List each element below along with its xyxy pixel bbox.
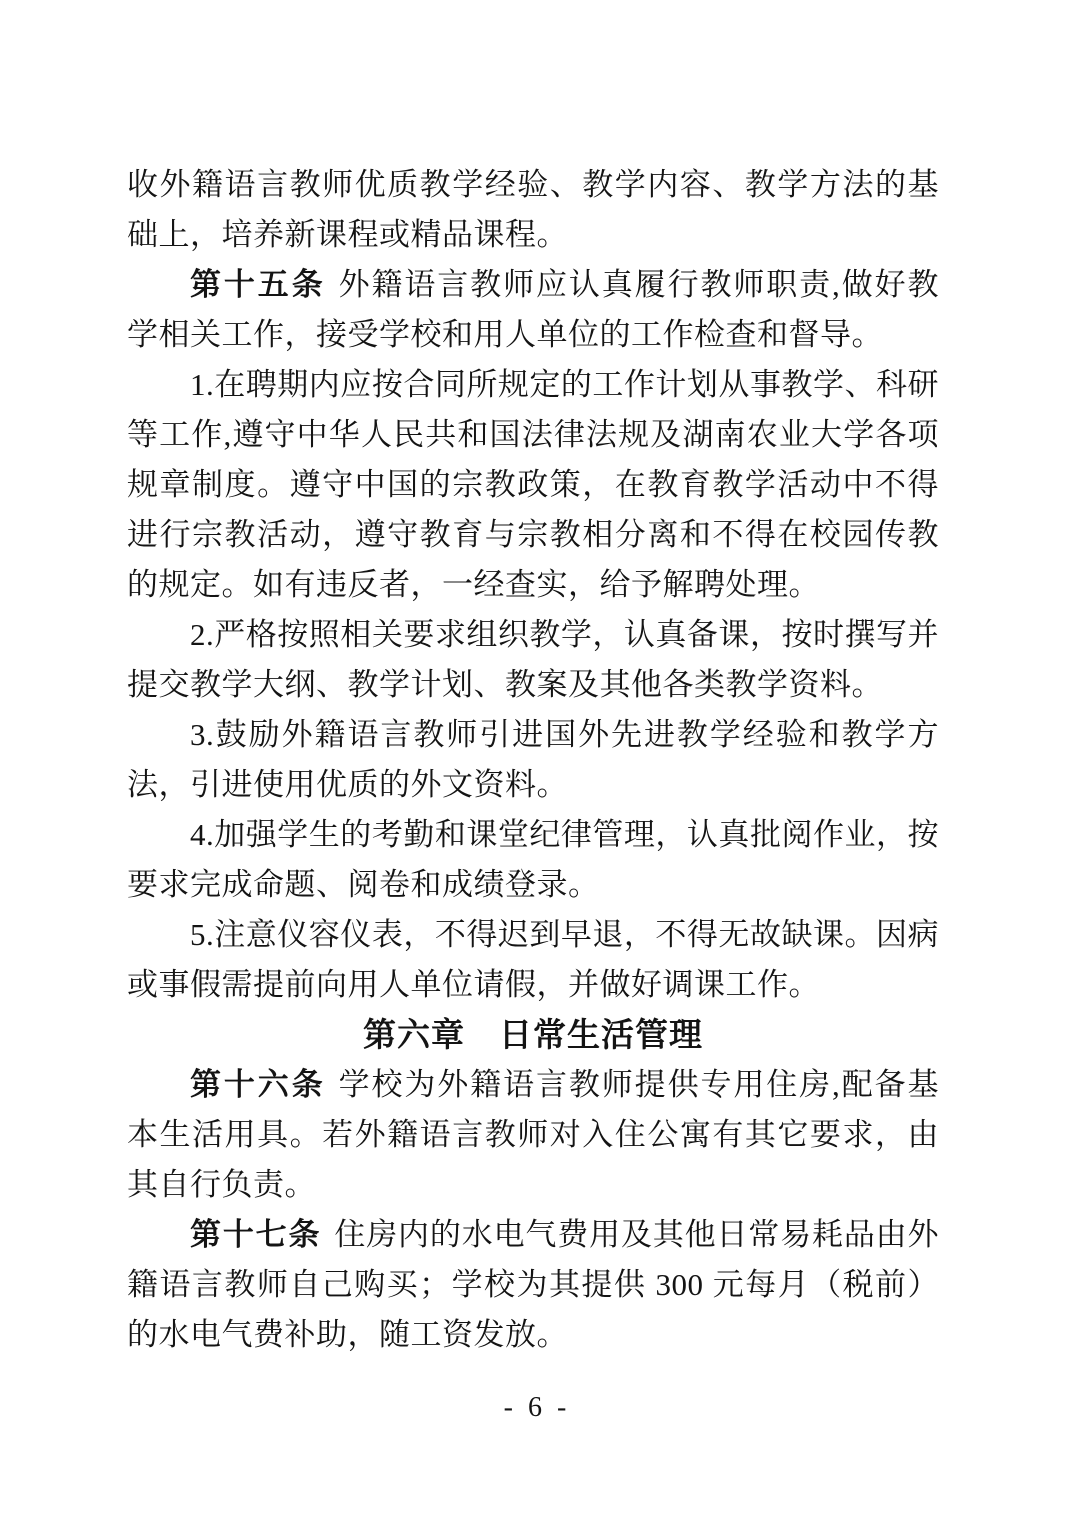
paragraph-text: 4.加强学生的考勤和课堂纪律管理，认真批阅作业，按要求完成命题、阅卷和成绩登录。 xyxy=(127,817,939,902)
paragraph-article-17: 第十七条住房内的水电气费用及其他日常易耗品由外籍语言教师自己购买；学校为其提供 … xyxy=(127,1210,939,1360)
document-body: 收外籍语言教师优质教学经验、教学内容、教学方法的基础上，培养新课程或精品课程。 … xyxy=(127,160,939,1360)
page-number: - 6 - xyxy=(0,1390,1074,1426)
chapter-6-heading: 第六章 日常生活管理 xyxy=(127,1010,939,1060)
article-17-number: 第十七条 xyxy=(190,1217,321,1252)
paragraph-article-16: 第十六条学校为外籍语言教师提供专用住房,配备基本生活用具。若外籍语言教师对入住公… xyxy=(127,1060,939,1210)
paragraph-article-15: 第十五条外籍语言教师应认真履行教师职责,做好教学相关工作，接受学校和用人单位的工… xyxy=(127,260,939,360)
article-15-number: 第十五条 xyxy=(190,267,326,302)
paragraph-item-3: 3.鼓励外籍语言教师引进国外先进教学经验和教学方法，引进使用优质的外文资料。 xyxy=(127,710,939,810)
document-page: 收外籍语言教师优质教学经验、教学内容、教学方法的基础上，培养新课程或精品课程。 … xyxy=(0,0,1074,1520)
paragraph-text: 收外籍语言教师优质教学经验、教学内容、教学方法的基础上，培养新课程或精品课程。 xyxy=(127,167,939,252)
paragraph-text: 1.在聘期内应按合同所规定的工作计划从事教学、科研等工作,遵守中华人民共和国法律… xyxy=(127,367,939,602)
article-16-number: 第十六条 xyxy=(190,1067,326,1102)
paragraph-continuation: 收外籍语言教师优质教学经验、教学内容、教学方法的基础上，培养新课程或精品课程。 xyxy=(127,160,939,260)
paragraph-item-5: 5.注意仪容仪表，不得迟到早退，不得无故缺课。因病或事假需提前向用人单位请假，并… xyxy=(127,910,939,1010)
paragraph-text: 5.注意仪容仪表，不得迟到早退，不得无故缺课。因病或事假需提前向用人单位请假，并… xyxy=(127,917,939,1002)
paragraph-text: 3.鼓励外籍语言教师引进国外先进教学经验和教学方法，引进使用优质的外文资料。 xyxy=(127,717,939,802)
paragraph-item-4: 4.加强学生的考勤和课堂纪律管理，认真批阅作业，按要求完成命题、阅卷和成绩登录。 xyxy=(127,810,939,910)
paragraph-text: 2.严格按照相关要求组织教学，认真备课，按时撰写并提交教学大纲、教学计划、教案及… xyxy=(127,617,939,702)
paragraph-item-2: 2.严格按照相关要求组织教学，认真备课，按时撰写并提交教学大纲、教学计划、教案及… xyxy=(127,610,939,710)
paragraph-item-1: 1.在聘期内应按合同所规定的工作计划从事教学、科研等工作,遵守中华人民共和国法律… xyxy=(127,360,939,610)
